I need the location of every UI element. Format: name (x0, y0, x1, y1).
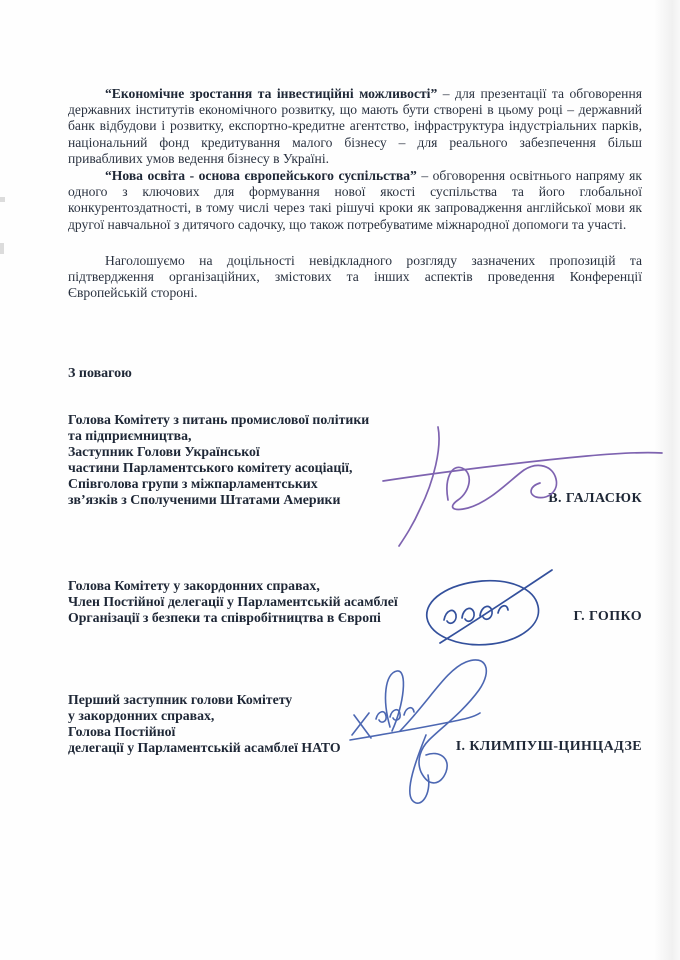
signer-title-line: Член Постійної делегації у Парламентські… (68, 594, 398, 610)
signer-titles: Перший заступник голови Комітету у закор… (68, 692, 341, 756)
signer-block-hopko: Голова Комітету у закордонних справах, Ч… (68, 578, 642, 626)
signer-name: І. КЛИМПУШ-ЦИНЦАДЗЕ (456, 739, 642, 756)
signer-title-line: Голова Постійної (68, 724, 341, 740)
signer-title-line: та підприємництва, (68, 428, 369, 444)
paragraph-text: Наголошуємо на доцільності невідкладного… (68, 253, 642, 300)
signer-title-line: Перший заступник голови Комітету (68, 692, 341, 708)
signer-block-klympush: Перший заступник голови Комітету у закор… (68, 692, 642, 756)
signer-title-line: зв’язків з Сполученими Штатами Америки (68, 492, 369, 508)
signer-name: В. ГАЛАСЮК (548, 491, 642, 508)
signer-title-line: Організації з безпеки та співробітництва… (68, 610, 398, 626)
signer-title-line: Співголова групи з міжпарламентських (68, 476, 369, 492)
paragraph-new-education: “Нова освіта - основа європейського сусп… (68, 168, 642, 233)
document-page: “Економічне зростання та інвестиційні мо… (0, 0, 680, 960)
signer-title-line: Заступник Голови Української (68, 444, 369, 460)
signer-title-line: частини Парламентського комітету асоціац… (68, 460, 369, 476)
paragraph-lead: “Нова освіта - основа європейського сусп… (105, 168, 417, 183)
signer-title-line: делегації у Парламентській асамблеї НАТО (68, 740, 341, 756)
scan-speck (0, 243, 4, 254)
paragraph-lead: “Економічне зростання та інвестиційні мо… (105, 86, 437, 101)
signer-titles: Голова Комітету з питань промислової пол… (68, 412, 369, 508)
paragraph-conclusion: Наголошуємо на доцільності невідкладного… (68, 253, 642, 302)
letter-body: “Економічне зростання та інвестиційні мо… (68, 86, 642, 302)
closing-salutation: З повагою (68, 366, 132, 382)
scan-speck (0, 197, 5, 202)
signer-name: Г. ГОПКО (573, 609, 642, 626)
paragraph-economic-growth: “Економічне зростання та інвестиційні мо… (68, 86, 642, 167)
scan-edge-shadow (654, 0, 680, 960)
signer-title-line: Голова Комітету у закордонних справах, (68, 578, 398, 594)
signer-title-line: Голова Комітету з питань промислової пол… (68, 412, 369, 428)
signer-title-line: у закордонних справах, (68, 708, 341, 724)
signer-block-galasiuk: Голова Комітету з питань промислової пол… (68, 412, 642, 508)
signer-titles: Голова Комітету у закордонних справах, Ч… (68, 578, 398, 626)
